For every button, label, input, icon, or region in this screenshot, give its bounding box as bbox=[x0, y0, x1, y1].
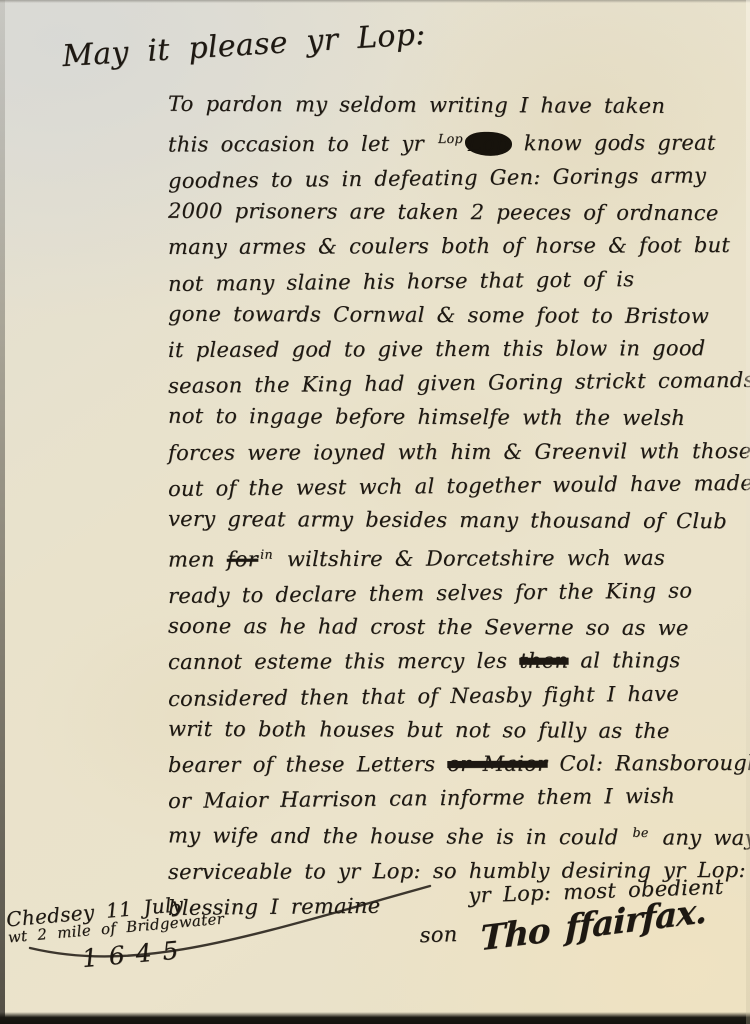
text-segment: soone as he had crost the Severne so as … bbox=[168, 614, 689, 640]
text-segment: season the King had given Goring strickt… bbox=[168, 368, 750, 398]
text-segment: Col: Ransborough bbox=[547, 751, 750, 776]
body-line: cannot esteme this mercy les then al thi… bbox=[168, 643, 733, 679]
text-segment: men bbox=[168, 548, 227, 572]
body-line: not many slaine his horse that got of is bbox=[168, 261, 733, 301]
body-line: To pardon my seldom writing I have taken bbox=[168, 87, 733, 124]
text-segment: know gods great bbox=[512, 131, 716, 156]
dateline: Chedsey 11 July wt 2 mile of Bridgewater… bbox=[5, 889, 227, 980]
letter-body: To pardon my seldom writing I have taken… bbox=[168, 88, 733, 923]
inserted-word: Lop bbox=[438, 131, 463, 146]
struck-word: for bbox=[227, 547, 258, 571]
paper-edge-top bbox=[0, 0, 750, 3]
body-line: very great army besides many thousand of… bbox=[168, 502, 733, 539]
text-segment: not many slaine his horse that got of is bbox=[168, 267, 635, 296]
inserted-word: be bbox=[632, 825, 648, 840]
body-line: or Maior Harrison can informe them I wis… bbox=[168, 778, 733, 818]
body-line: not to ingage before himselfe wth the we… bbox=[168, 399, 733, 436]
text-segment: goodnes to us in defeating Gen: Gorings … bbox=[168, 163, 706, 193]
text-segment: not to ingage before himselfe wth the we… bbox=[168, 404, 685, 430]
salutation: May it please yr Lop: bbox=[61, 17, 426, 74]
text-segment: any waye bbox=[651, 826, 750, 851]
text-segment: forces were ioyned wth him & Greenvil wt… bbox=[168, 439, 750, 465]
body-line: gone towards Cornwal & some foot to Bris… bbox=[168, 297, 733, 334]
body-line: season the King had given Goring strickt… bbox=[168, 363, 733, 403]
text-segment: cannot esteme this mercy les bbox=[168, 649, 519, 674]
text-segment: 2000 prisoners are taken 2 peeces of ord… bbox=[168, 199, 719, 225]
body-line: out of the west wch al together would ha… bbox=[168, 466, 733, 506]
paper-edge-left bbox=[0, 0, 5, 1024]
scribbled-word: or Maior bbox=[447, 752, 547, 776]
body-line: 2000 prisoners are taken 2 peeces of ord… bbox=[168, 194, 733, 231]
body-line: men forin wiltshire & Dorcetshire wch wa… bbox=[168, 536, 733, 577]
body-line: soone as he had crost the Severne so as … bbox=[168, 609, 733, 646]
body-line: ready to declare them selves for the Kin… bbox=[168, 573, 733, 613]
body-line: this occasion to let yr LopLop know gods… bbox=[168, 121, 733, 162]
text-segment: wiltshire & Dorcetshire wch was bbox=[275, 546, 665, 571]
text-segment: or Maior Harrison can informe them I wis… bbox=[168, 784, 675, 813]
text-segment: out of the west wch al together would ha… bbox=[168, 471, 750, 501]
text-segment: very great army besides many thousand of… bbox=[168, 507, 727, 533]
paper-edge-bottom bbox=[0, 1012, 750, 1024]
paper-edge-right bbox=[746, 0, 750, 1024]
text-segment: To pardon my seldom writing I have taken bbox=[168, 92, 665, 118]
text-segment: ready to declare them selves for the Kin… bbox=[168, 578, 692, 607]
text-segment: it pleased god to give them this blow in… bbox=[168, 336, 706, 362]
text-segment: my wife and the house she is in could bbox=[168, 824, 631, 850]
text-segment: al things bbox=[568, 649, 680, 673]
text-segment: many armes & coulers both of horse & foo… bbox=[168, 233, 730, 259]
body-line: it pleased god to give them this blow in… bbox=[168, 331, 733, 367]
text-segment: this occasion to let yr bbox=[168, 132, 436, 157]
body-line: my wife and the house she is in could be… bbox=[168, 814, 733, 855]
signoff-prefix: son bbox=[419, 922, 458, 947]
body-line: goodnes to us in defeating Gen: Gorings … bbox=[168, 158, 733, 198]
scribbled-word: then bbox=[519, 649, 568, 673]
text-segment: writ to both houses but not so fully as … bbox=[168, 717, 670, 743]
signature-line: son Tho ffairfax. bbox=[419, 901, 707, 951]
body-line: bearer of these Letters or Maior Col: Ra… bbox=[168, 746, 733, 782]
manuscript-page: May it please yr Lop: To pardon my seldo… bbox=[0, 0, 750, 1024]
closing-block: yr Lop: most obedient son Tho ffairfax. bbox=[418, 875, 725, 952]
text-segment: gone towards Cornwal & some foot to Bris… bbox=[168, 302, 709, 328]
body-line: considered then that of Neasby fight I h… bbox=[168, 676, 733, 716]
text-segment: considered then that of Neasby fight I h… bbox=[168, 681, 679, 710]
ink-blot: Lop bbox=[465, 132, 512, 156]
body-line: many armes & coulers both of horse & foo… bbox=[168, 228, 733, 264]
text-segment: bearer of these Letters bbox=[168, 752, 447, 777]
body-line: writ to both houses but not so fully as … bbox=[168, 712, 733, 749]
body-line: forces were ioyned wth him & Greenvil wt… bbox=[168, 434, 733, 470]
inserted-word: in bbox=[260, 547, 273, 562]
